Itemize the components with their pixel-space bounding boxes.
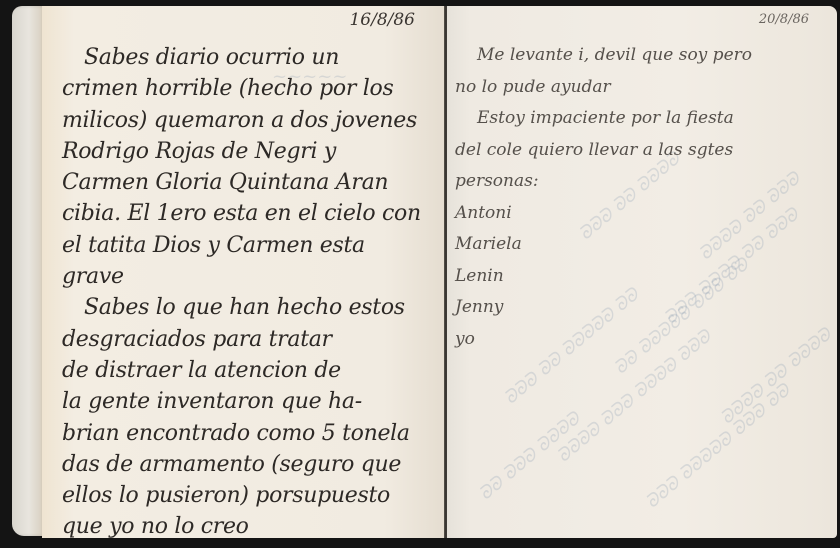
left-page-text: Sabes diario ocurrio un crimen horrible …	[62, 42, 437, 543]
text-line: personas:	[455, 166, 829, 198]
text-line: desgraciados para tratar	[62, 324, 437, 355]
text-line: crimen horrible (hecho por los	[62, 73, 437, 104]
right-page-text: Me levante i, devil que soy pero no lo p…	[455, 40, 829, 355]
text-line: milicos) quemaron a dos jovenes	[62, 105, 437, 136]
page-stack-edge	[12, 6, 46, 536]
text-line: Estoy impaciente por la fiesta	[455, 103, 829, 135]
text-line: ellos lo pusieron) porsupuesto	[62, 480, 437, 511]
text-line: Rodrigo Rojas de Negri y	[62, 136, 437, 167]
text-line: Carmen Gloria Quintana Aran	[62, 167, 437, 198]
list-item: Antoni	[455, 198, 829, 230]
list-item: yo	[455, 324, 829, 356]
text-line: no lo pude ayudar	[455, 72, 829, 104]
open-notebook: ~~~~~ 16/8/86 Sabes diario ocurrio un cr…	[0, 0, 840, 548]
text-line: Sabes lo que han hecho estos	[62, 292, 437, 323]
text-line: das de armamento (seguro que	[62, 449, 437, 480]
text-line: Sabes diario ocurrio un	[62, 42, 437, 73]
text-line: el tatita Dios y Carmen esta	[62, 230, 437, 261]
text-line: del cole quiero llevar a las sgtes	[455, 135, 829, 167]
list-item: Lenin	[455, 261, 829, 293]
text-line: la gente inventaron que ha-	[62, 386, 437, 417]
text-line: brian encontrado como 5 tonela	[62, 418, 437, 449]
list-item: Jenny	[455, 292, 829, 324]
text-line: Me levante i, devil que soy pero	[455, 40, 829, 72]
text-line: grave	[62, 261, 437, 292]
text-line: cibia. El 1ero esta en el cielo con	[62, 198, 437, 229]
right-page: ᘐᘐᘐ ᘐᘐ ᘐᘐᘐᘐᘐ ᘐᘐ ᘐᘐᘐᘐ ᘐᘐᘐ ᘐᘐᘐᘐ ᘐᘐᘐ ᘐᘐ ᘐᘐᘐ…	[447, 6, 837, 538]
text-line: de distraer la atencion de	[62, 355, 437, 386]
list-item: Mariela	[455, 229, 829, 261]
text-line: que yo no lo creo	[62, 511, 437, 542]
right-page-date: 20/8/86	[759, 12, 809, 27]
left-page-date: 16/8/86	[349, 10, 415, 30]
left-page: ~~~~~ 16/8/86 Sabes diario ocurrio un cr…	[42, 6, 446, 538]
